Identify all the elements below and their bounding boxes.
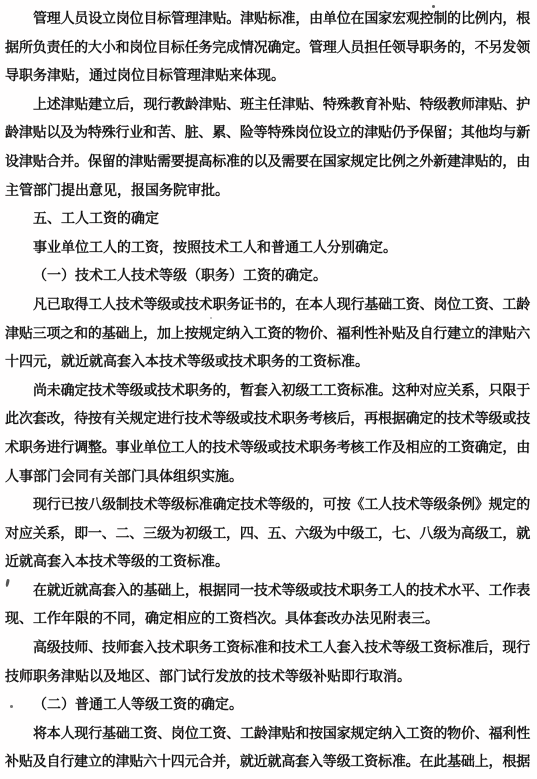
text-line: 补贴及自行建立的津贴六十四元合并，就近就高套入等级工资标准。在此基础上，根据 xyxy=(5,749,530,778)
text-line: 技师职务津贴以及地区、部门试行发放的技术等级补贴即行取消。 xyxy=(5,664,530,693)
text-line: 主管部门提出意见，报国务院审批。 xyxy=(5,178,530,207)
text-line: 龄津贴以及为特殊行业和苦、脏、累、险等特殊岗位设立的津贴仍予保留；其他均与新 xyxy=(5,120,530,149)
scan-speck xyxy=(210,317,212,319)
scan-speck xyxy=(84,609,86,611)
text-line: 导职务津贴，通过岗位目标管理津贴来体现。 xyxy=(5,63,530,92)
text-line: 津贴三项之和的基础上，加上按规定纳入工资的物价、福利性补贴及自行建立的津贴六 xyxy=(5,321,530,350)
text-line: 上述津贴建立后，现行教龄津贴、班主任津贴、特殊教育补贴、特级教师津贴、护 xyxy=(5,92,530,121)
text-line: （二）普通工人等级工资的确定。 xyxy=(5,692,530,721)
text-line: 尚未确定技术等级或技术职务的，暂套入初级工工资标准。这种对应关系，只限于 xyxy=(5,378,530,407)
text-line: 凡已取得工人技术等级或技术职务证书的，在本人现行基础工资、岗位工资、工龄 xyxy=(5,292,530,321)
scan-speck xyxy=(432,5,435,8)
text-line: 设津贴合并。保留的津贴需要提高标准的以及需要在国家规定比例之外新建津贴的，由 xyxy=(5,149,530,178)
text-line: 术职务进行调整。事业单位工人的技术等级或技术职务考核工作及相应的工资确定，由 xyxy=(5,435,530,464)
text-line: 将本人现行基础工资、岗位工资、工龄津贴和按国家规定纳入工资的物价、福利性 xyxy=(5,721,530,750)
scan-speck xyxy=(209,525,211,527)
document-text-block: 管理人员设立岗位目标管理津贴。津贴标准，由单位在国家宏观控制的比例内，根据所负责… xyxy=(5,6,530,778)
text-line: （一）技术工人技术等级（职务）工资的确定。 xyxy=(5,263,530,292)
text-line: 十四元，就近就高套入本技术等级或技术职务的工资标准。 xyxy=(5,349,530,378)
text-line: 高级技师、技师套入技术职务工资标准和技术工人套入技术等级工资标准后，现行 xyxy=(5,635,530,664)
scan-speck xyxy=(113,672,115,674)
text-line: 此次套改，待按有关规定进行技术等级或技术职务考核后，再根据确定的技术等级或技 xyxy=(5,406,530,435)
text-line: 据所负责任的大小和岗位目标任务完成情况确定。管理人员担任领导职务的，不另发领 xyxy=(5,35,530,64)
scanned-document-page: 管理人员设立岗位目标管理津贴。津贴标准，由单位在国家宏观控制的比例内，根据所负责… xyxy=(0,0,537,779)
text-line: 在就近就高套入的基础上，根据同一技术等级或技术职务工人的技术水平、工作表 xyxy=(5,578,530,607)
section-heading: 五、工人工资的确定 xyxy=(5,206,530,235)
text-line: 近就高套入本技术等级的工资标准。 xyxy=(5,549,530,578)
text-line: 人事部门会同有关部门具体组织实施。 xyxy=(5,464,530,493)
text-line: 管理人员设立岗位目标管理津贴。津贴标准，由单位在国家宏观控制的比例内，根 xyxy=(5,6,530,35)
text-line: 对应关系，即一、二、三级为初级工，四、五、六级为中级工，七、八级为高级工，就 xyxy=(5,521,530,550)
scan-speck xyxy=(10,705,13,708)
text-line: 现行已按八级制技术等级标准确定技术等级的，可按《工人技术等级条例》规定的 xyxy=(5,492,530,521)
text-line: 事业单位工人的工资，按照技术工人和普通工人分别确定。 xyxy=(5,235,530,264)
